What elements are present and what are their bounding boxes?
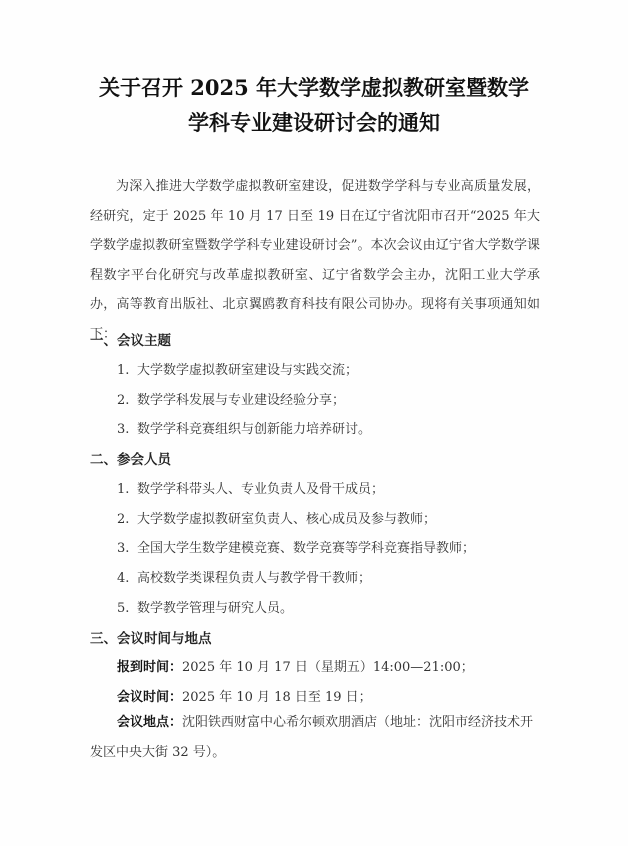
list-item: 5.数学教学管理与研究人员。 xyxy=(117,597,293,616)
list-item: 1.大学数学虚拟教研室建设与实践交流； xyxy=(117,359,358,378)
title-line-2: 学科专业建设研讨会的通知 xyxy=(0,107,628,137)
section-heading-time-place: 三、会议时间与地点 xyxy=(90,627,212,647)
meeting-time: 会议时间：2025 年 10 月 18 日至 19 日； xyxy=(117,686,372,705)
title-line-1: 关于召开 2025 年大学数学虚拟教研室暨数学 xyxy=(0,72,628,102)
list-item: 2.大学数学虚拟教研室负责人、核心成员及参与教师； xyxy=(117,508,436,527)
intro-paragraph: 为深入推进大学数学虚拟教研室建设，促进数学学科与专业高质量发展，经研究，定于 2… xyxy=(90,172,540,349)
section-heading-theme: 一、会议主题 xyxy=(90,329,171,349)
list-item: 4.高校数学类课程负责人与教学骨干教师； xyxy=(117,567,371,586)
list-item: 3.数学学科竞赛组织与创新能力培养研讨。 xyxy=(117,418,371,437)
meeting-location: 会议地点：沈阳铁西财富中心希尔顿欢朋酒店（地址：沈阳市经济技术开发区中央大街 3… xyxy=(90,708,540,767)
section-heading-attendees: 二、参会人员 xyxy=(90,448,171,468)
list-item: 2.数学学科发展与专业建设经验分享； xyxy=(117,389,345,408)
registration-time: 报到时间：2025 年 10 月 17 日（星期五）14:00—21:00； xyxy=(117,656,474,675)
list-item: 3.全国大学生数学建模竞赛、数学竞赛等学科竞赛指导教师； xyxy=(117,537,475,556)
list-item: 1.数学学科带头人、专业负责人及骨干成员； xyxy=(117,478,384,497)
